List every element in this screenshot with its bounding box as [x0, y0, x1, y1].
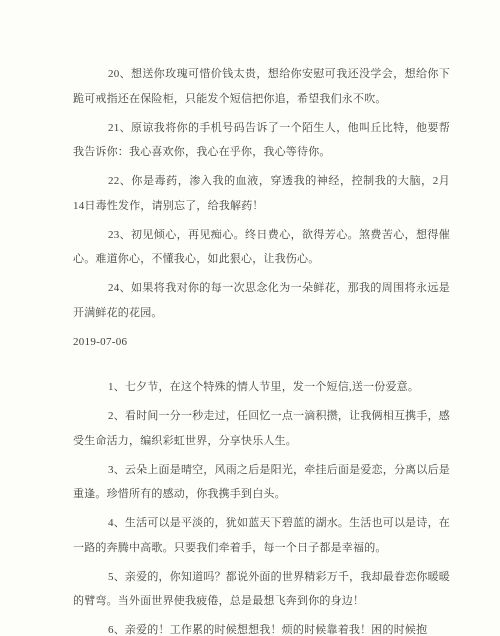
message-paragraph-22: 22、你是毒药，渗入我的血液，穿透我的神经，控制我的大脑，2月14日毒性发作，请… — [73, 169, 450, 218]
message-paragraph-3: 3、云朵上面是晴空，风雨之后是阳光，牵挂后面是爱恋，分离以后是重逢。珍惜所有的感… — [73, 458, 450, 507]
message-paragraph-2: 2、看时间一分一秒走过，任回忆一点一滴积攒，让我俩相互携手，感受生命活力，编织彩… — [73, 404, 450, 453]
message-list-bottom: 1、七夕节，在这个特殊的情人节里，发一个短信,送一份爱意。 2、看时间一分一秒走… — [73, 375, 450, 636]
message-paragraph-1: 1、七夕节，在这个特殊的情人节里，发一个短信,送一份爱意。 — [73, 375, 450, 400]
message-list-top: 20、想送你玫瑰可惜价钱太贵，想给你安慰可我还没学会，想给你下跪可戒指还在保险柜… — [73, 62, 450, 325]
message-paragraph-24: 24、如果将我对你的每一次思念化为一朵鲜花，那我的周围将永远是开满鲜花的花园。 — [73, 276, 450, 325]
message-paragraph-21: 21、原谅我将你的手机号码告诉了一个陌生人，他叫丘比特，他要帮我告诉你：我心喜欢… — [73, 116, 450, 165]
message-paragraph-5: 5、亲爱的，你知道吗？都说外面的世界精彩万千，我却最眷恋你暖暖的臂弯。当外面世界… — [73, 565, 450, 614]
document-page: 20、想送你玫瑰可惜价钱太贵，想给你安慰可我还没学会，想给你下跪可戒指还在保险柜… — [0, 0, 500, 636]
message-paragraph-23: 23、初见倾心，再见痴心。终日费心，欲得芳心。煞费苦心，想得催心。难道你心，不懂… — [73, 223, 450, 272]
message-paragraph-20: 20、想送你玫瑰可惜价钱太贵，想给你安慰可我还没学会，想给你下跪可戒指还在保险柜… — [73, 62, 450, 111]
message-paragraph-6: 6、亲爱的！工作累的时候想想我！烦的时候靠着我！困的时候抱 — [73, 618, 450, 636]
message-paragraph-4: 4、生活可以是平淡的，犹如蓝天下碧蓝的湖水。生活也可以是诗，在一路的奔腾中高歌。… — [73, 511, 450, 560]
post-date: 2019-07-06 — [73, 330, 450, 355]
